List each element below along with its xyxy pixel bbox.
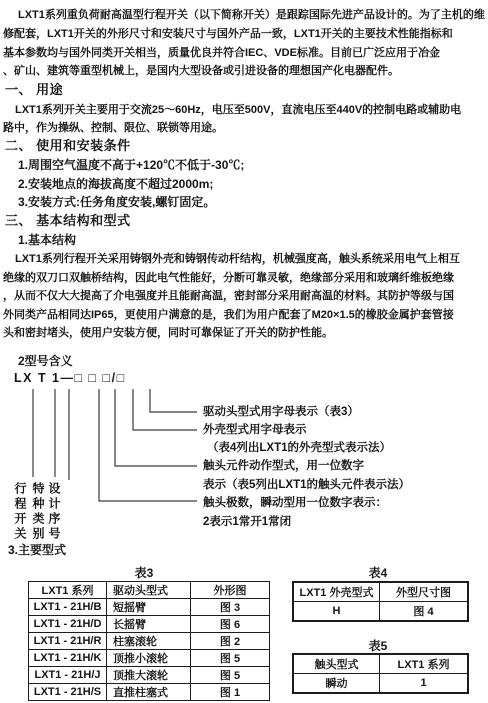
intro-line: 基本参数均与国外同类开关相当，质量优良并符合IEC、VDE标准。目前已广泛应用于… [3,46,440,60]
callout-shell-type: 外壳型式用字母表示 [203,424,307,437]
table-cell: H [293,602,380,622]
table3-title: 表3 [28,564,260,581]
subheading-model-meaning: 2型号含义 [18,354,73,368]
manual-page: LXT1系列重负荷耐高温型行程开关（以下简称开关）是跟踪国际先进产品设计的。为了… [0,0,488,703]
table-row: 瞬动 1 [293,674,468,694]
condition-item: 2.安装地点的海拔高度不超过2000m; [18,177,213,191]
table-cell: 图 3 [191,599,270,616]
table-row: LXT1 - 21H/D 长摇臂 图 6 [29,616,270,633]
vertical-label-travel-switch: 行程开关 [13,482,27,542]
intro-line: LXT1系列重负荷耐高温型行程开关（以下简称开关）是跟踪国际先进产品设计的。为了… [18,8,485,22]
table-cell: 长摇臂 [107,616,191,633]
section-heading-conditions: 二、 使用和安装条件 [5,139,131,153]
section-heading-structure: 三、 基本结构和型式 [5,214,131,228]
diagram-line-poles [99,389,197,501]
vertical-label-special-category: 特种类别 [31,482,45,542]
table5-contact-types: 触头型式 LXT1 系列 瞬动 1 [292,653,469,694]
table-row: LXT1 - 21H/J 顶推大滚轮 图 5 [29,667,270,684]
callout-contact-action-note: 表示（表5列出LXT1的触头元件表示法） [203,479,410,492]
intro-line: 修配套，LXT1开关的外形尺寸和安装尺寸与国外产品一致，LXT1开关的主要技术性… [3,27,453,41]
table5-header-series: LXT1 系列 [380,654,469,674]
table4-header-dimension-fig: 外型尺寸图 [380,582,469,602]
table-cell: LXT1 - 21H/B [29,599,107,616]
table-cell: 图 4 [380,602,469,622]
table-row: H 图 4 [293,602,468,622]
section-heading-usage: 一、 用途 [5,83,63,97]
callout-contact-poles-note: 2表示1常开1常闭 [203,516,291,529]
structure-line: 绝缘的双刀口双触桥结构，因此电气性能好，分断可靠灵敏，绝缘部分采用和玻璃纤维板绝… [3,271,454,285]
table-cell: 图 6 [191,616,270,633]
structure-line: 头和密封堵头，使用户安装方便，同时可靠保证了开关的防护性能。 [3,326,333,340]
table-cell: 图 1 [191,684,270,701]
table-cell: LXT1 - 21H/D [29,616,107,633]
table-row: LXT1 - 21H/B 短摇臂 图 3 [29,599,270,616]
table-cell: 图 2 [191,633,270,650]
callout-shell-type-note: （表4列出LXT1的外壳型式表示法） [207,442,391,455]
table3-header-outline: 外形图 [191,582,270,599]
structure-line: ，从而不仅大大提高了介电强度并且能耐高温，密封部分采用耐高温的材料。其防护等级与… [3,289,454,303]
table-cell: 1 [380,674,469,694]
table3-header-drive-head: 驱动头型式 [107,582,191,599]
table-cell: 顶推大滚轮 [107,667,191,684]
table-cell: 顶推小滚轮 [107,650,191,667]
usage-line: 路中，作为操纵、控制、限位、联锁等用途。 [3,121,223,135]
table-cell: LXT1 - 21H/K [29,650,107,667]
vertical-label-design-serial: 设计序号 [47,482,61,542]
table4-shell-types: LXT1 外壳型式 外型尺寸图 H 图 4 [292,581,469,622]
table-cell: 短摇臂 [107,599,191,616]
table-cell: 直推柱塞式 [107,684,191,701]
usage-line: LXT1系列开关主要用于交流25～60Hz，电压至500V，直流电压至440V的… [15,103,461,117]
table-cell: 柱塞滚轮 [107,633,191,650]
table-row: LXT1 - 21H/K 顶推小滚轮 图 5 [29,650,270,667]
table-header-row: 触头型式 LXT1 系列 [293,654,468,674]
diagram-line-head-type [150,389,197,412]
subheading-main-types: 3.主要型式 [8,543,66,557]
callout-contact-action: 触头元件动作型式，用一位数字 [203,460,364,473]
table-cell: 图 5 [191,667,270,684]
table4-title: 表4 [292,564,464,581]
table-cell: LXT1 - 21H/S [29,684,107,701]
table-row: LXT1 - 21H/S 直推柱塞式 图 1 [29,684,270,701]
table-cell: 瞬动 [293,674,380,694]
structure-line: LXT1系列行程开关采用铸钢外壳和铸钢传动杆结构，机械强度高，触头系统采用电气上… [15,252,460,266]
structure-line: 外同类产品相同达IP65，更使用户满意的是，我们为用户配套了M20×1.5的橡胶… [3,308,454,322]
table4-header-shell-type: LXT1 外壳型式 [293,582,380,602]
callout-contact-poles: 触头极数，瞬动型用一位数字表示： [203,497,387,510]
subheading-basic-structure: 1.基本结构 [18,233,76,247]
condition-item: 1.周围空气温度不高于+120℃不低于-30℃; [18,158,244,172]
table3-header-series: LXT1 系列 [29,582,107,599]
table5-title: 表5 [292,637,464,654]
table-header-row: LXT1 系列 驱动头型式 外形图 [29,582,270,599]
table5-header-contact-type: 触头型式 [293,654,380,674]
model-code: LX T 1—□ □ □/□ [14,371,126,385]
intro-line: 、矿山、建筑等重型机械上，是国内大型设备或引进设备的理想国产化电器配件。 [3,64,399,78]
condition-item: 3.安装方式:任务角度安装,螺钉固定。 [18,195,215,209]
callout-drive-head: 驱动头型式用字母表示（表3） [203,406,359,419]
table-cell: LXT1 - 21H/R [29,633,107,650]
table-cell: LXT1 - 21H/J [29,667,107,684]
table3-drive-head-types: LXT1 系列 驱动头型式 外形图 LXT1 - 21H/B 短摇臂 图 3 L… [28,581,270,701]
table-cell: 图 5 [191,650,270,667]
diagram-line-contact-action [115,389,197,466]
table-row: LXT1 - 21H/R 柱塞滚轮 图 2 [29,633,270,650]
diagram-line-shell-type [133,389,197,430]
table-header-row: LXT1 外壳型式 外型尺寸图 [293,582,468,602]
